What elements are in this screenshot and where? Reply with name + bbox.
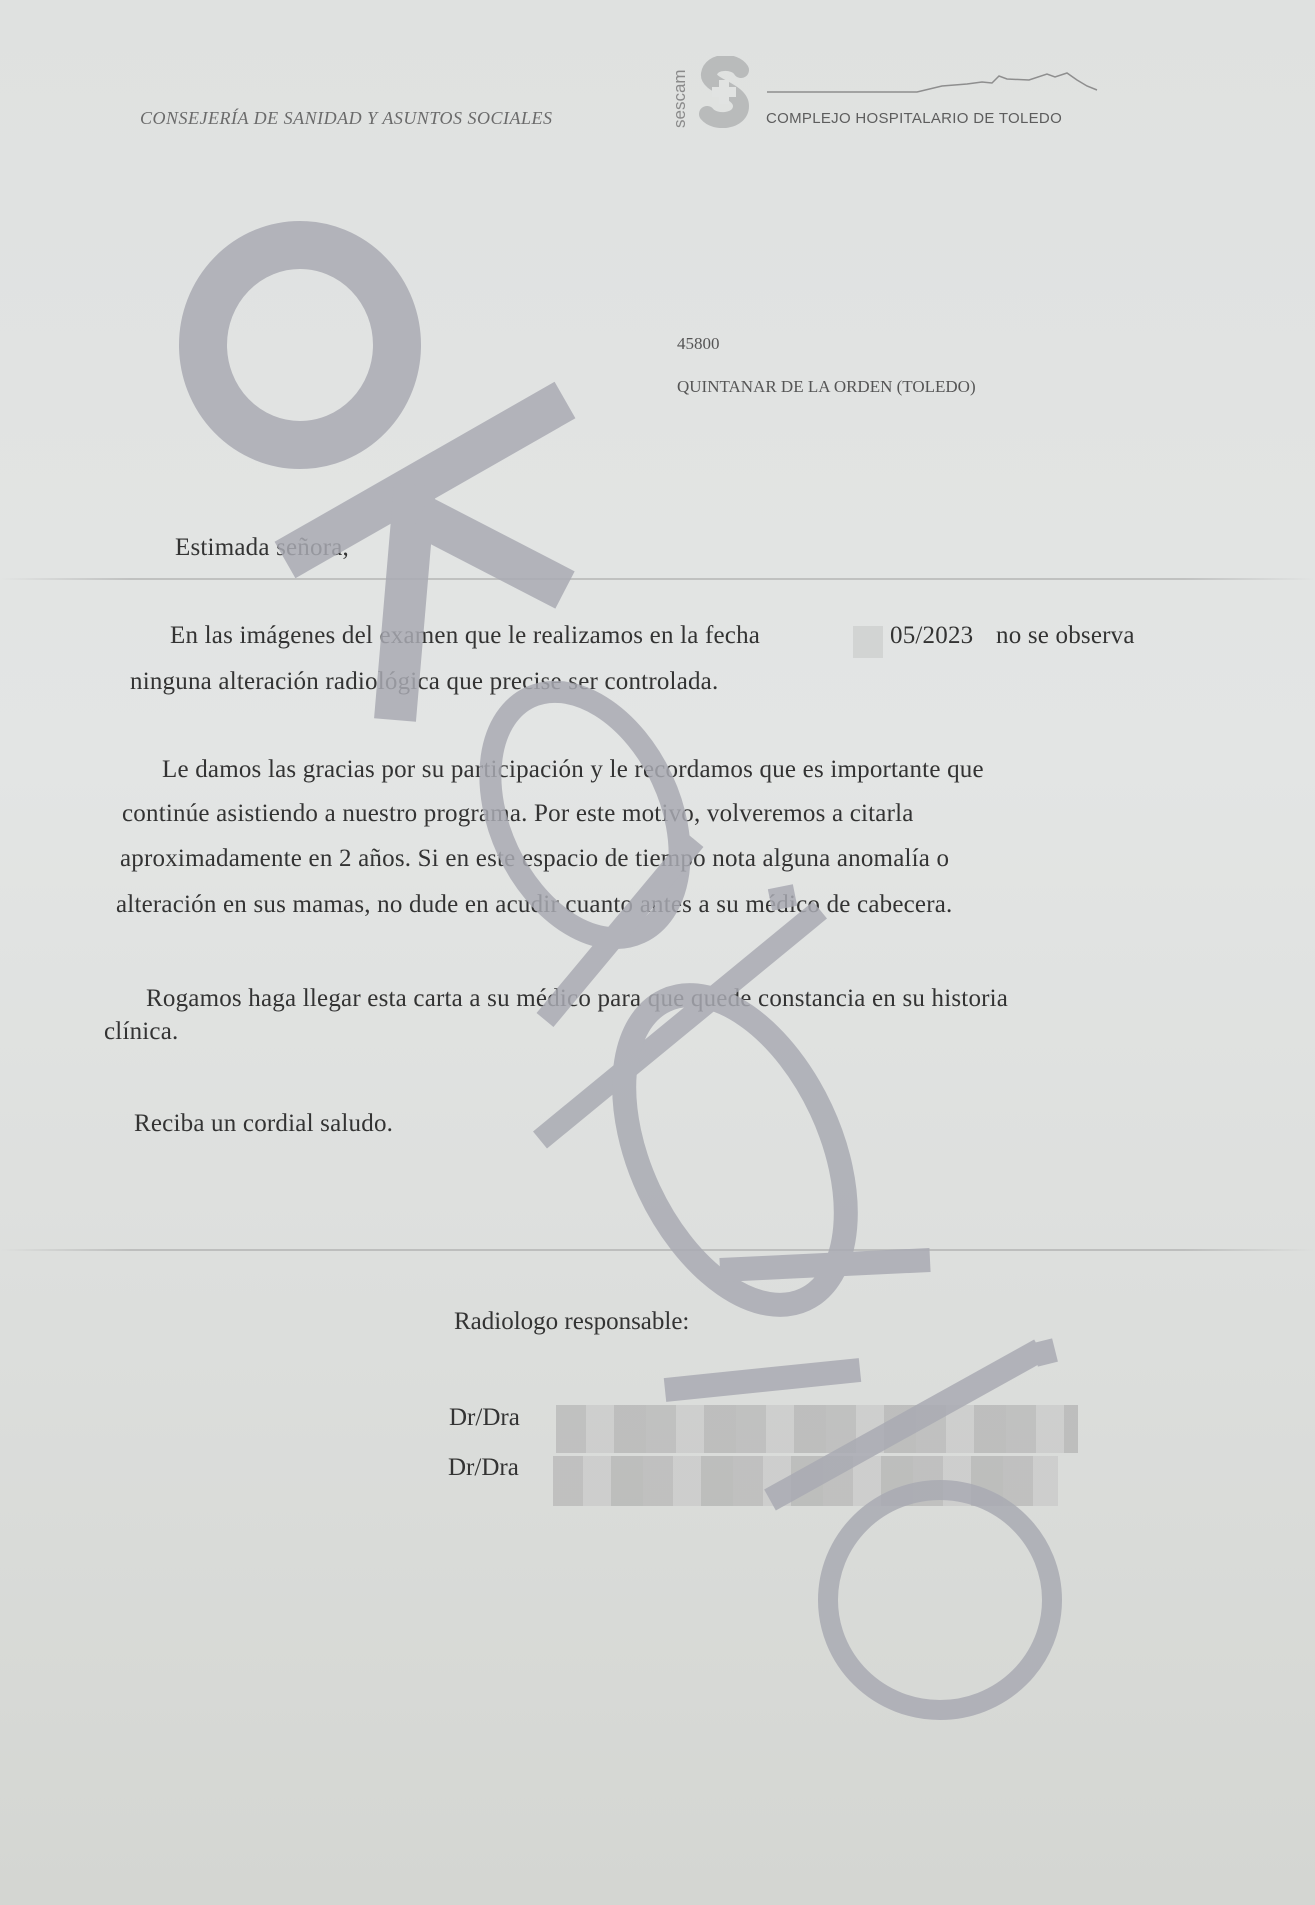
paragraph3-line: clínica. [104,1018,178,1046]
paragraph1-line2: ninguna alteración radiológica que preci… [130,668,718,696]
redacted-day [853,626,883,658]
doctor-prefix: Dr/Dra [449,1404,520,1432]
toledo-skyline-icon [767,62,1107,102]
ministry-name: CONSEJERÍA DE SANIDAD Y ASUNTOS SOCIALES [140,108,553,129]
sescam-wordmark: sescam [670,69,690,128]
paragraph2-line: continúe asistiendo a nuestro programa. … [122,800,914,828]
signature-title: Radiologo responsable: [454,1308,689,1336]
paragraph3-line: Rogamos haga llegar esta carta a su médi… [146,985,1008,1013]
closing: Reciba un cordial saludo. [134,1110,393,1138]
paper-fold-line [0,1249,1315,1251]
paragraph2-line: alteración en sus mamas, no dude en acud… [116,891,952,919]
redacted-doctor-name [556,1405,1078,1453]
paragraph1-line1-end: no se observa [996,622,1135,650]
postal-code: 45800 [677,334,720,354]
doctor-prefix: Dr/Dra [448,1454,519,1482]
paragraph2-line: Le damos las gracias por su participació… [162,756,984,784]
paper-fold-line [0,578,1315,580]
redacted-doctor-name [553,1456,1058,1506]
salutation: Estimada señora, [175,534,349,562]
paragraph2-line: aproximadamente en 2 años. Si en este es… [120,845,949,873]
exam-date: 05/2023 [890,622,973,650]
city: QUINTANAR DE LA ORDEN (TOLEDO) [677,377,976,397]
hospital-name: COMPLEJO HOSPITALARIO DE TOLEDO [766,110,1062,127]
paragraph1-line1-start: En las imágenes del examen que le realiz… [170,622,760,650]
okdiario-watermark [0,0,1315,1905]
sescam-s-logo-icon [697,56,753,128]
